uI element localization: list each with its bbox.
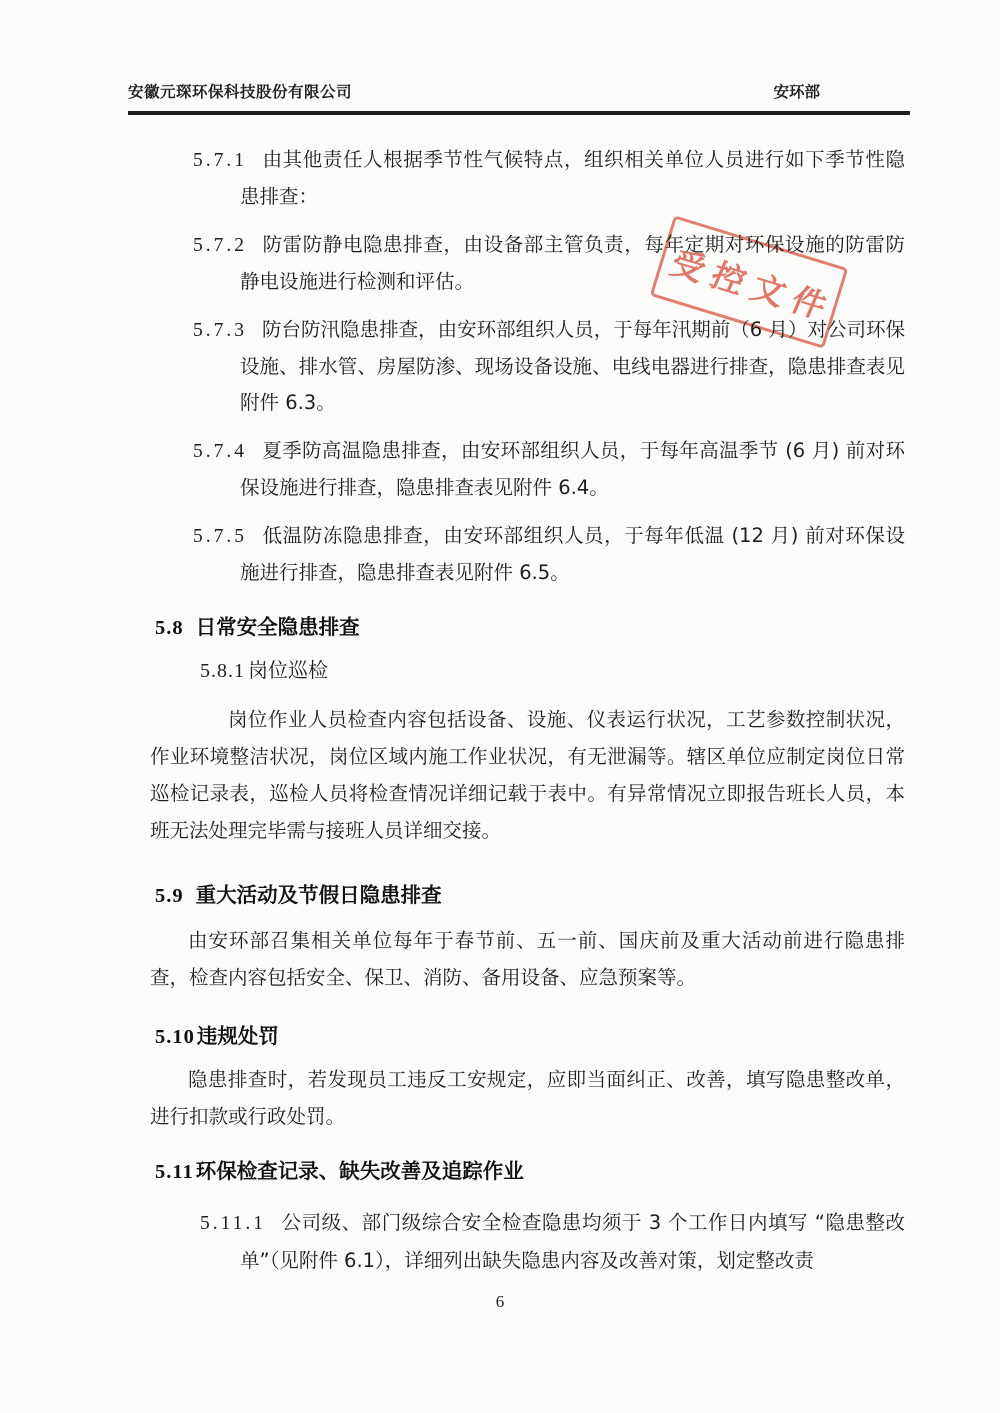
clause-number: 5.7.2 xyxy=(193,235,247,256)
section-heading-5-9: 5.9重大活动及节假日隐患排查 xyxy=(155,881,905,910)
section-number: 5.10 xyxy=(155,1026,195,1048)
page-footer: 6 xyxy=(0,1292,1000,1312)
paragraph-5-9: 由安环部召集相关单位每年于春节前、五一前、国庆前及重大活动前进行隐患排查，检查内… xyxy=(150,922,905,996)
section-heading-5-10: 5.10违规处罚 xyxy=(155,1022,905,1051)
section-title: 环保检查记录、缺失改善及追踪作业 xyxy=(196,1159,524,1183)
section-number: 5.11 xyxy=(155,1161,194,1183)
clause-text: 低温防冻隐患排查，由安环部组织人员，于每年低温 (12 月) 前对环保设施进行排… xyxy=(240,524,905,584)
subsection-title: 岗位巡检 xyxy=(248,658,328,682)
page-number: 6 xyxy=(496,1292,505,1311)
clause-number: 5.11.1 xyxy=(200,1213,266,1234)
paragraph-5-8-1: 岗位作业人员检查内容包括设备、设施、仪表运行状况，工艺参数控制状况，作业环境整洁… xyxy=(150,701,905,849)
clause-number: 5.7.5 xyxy=(193,526,247,547)
section-title: 违规处罚 xyxy=(197,1024,279,1048)
header-company-name: 安徽元琛环保科技股份有限公司 xyxy=(128,80,352,102)
section-heading-5-8: 5.8日常安全隐患排查 xyxy=(155,613,905,642)
clause-number: 5.7.4 xyxy=(193,441,247,462)
clause-text: 公司级、部门级综合安全检查隐患均须于 3 个工作日内填写 “隐患整改单”（见附件… xyxy=(240,1211,905,1272)
clause-5-7-4: 5.7.4夏季防高温隐患排查，由安环部组织人员，于每年高温季节 (6 月) 前对… xyxy=(240,433,905,506)
header-department: 安环部 xyxy=(773,80,820,102)
section-number: 5.9 xyxy=(155,885,184,907)
clause-number: 5.7.1 xyxy=(193,150,247,171)
clause-text: 由其他责任人根据季节性气候特点，组织相关单位人员进行如下季节性隐患排查： xyxy=(240,148,905,208)
clause-number: 5.7.3 xyxy=(193,320,247,341)
clause-5-7-3: 5.7.3防台防汛隐患排查，由安环部组织人员，于每年汛期前（6 月）对公司环保设… xyxy=(240,312,905,421)
clause-5-7-1: 5.7.1由其他责任人根据季节性气候特点，组织相关单位人员进行如下季节性隐患排查… xyxy=(240,142,905,215)
clause-text: 夏季防高温隐患排查，由安环部组织人员，于每年高温季节 (6 月) 前对环保设施进… xyxy=(240,439,905,499)
clause-text: 防雷防静电隐患排查，由设备部主管负责，每年定期对环保设施的防雷防静电设施进行检测… xyxy=(240,233,905,293)
clause-text: 防台防汛隐患排查，由安环部组织人员，于每年汛期前（6 月）对公司环保设施、排水管… xyxy=(240,318,905,414)
subsection-number: 5.8.1 xyxy=(200,660,245,682)
document-page: 安徽元琛环保科技股份有限公司 安环部 受控文件 5.7.1由其他责任人根据季节性… xyxy=(0,0,1000,1413)
section-heading-5-11: 5.11环保检查记录、缺失改善及追踪作业 xyxy=(155,1157,905,1186)
page-header: 安徽元琛环保科技股份有限公司 安环部 xyxy=(128,80,910,115)
section-title: 日常安全隐患排查 xyxy=(196,615,360,639)
section-number: 5.8 xyxy=(155,617,184,639)
subsection-heading-5-8-1: 5.8.1岗位巡检 xyxy=(200,656,905,685)
paragraph-5-10: 隐患排查时，若发现员工违反工安规定，应即当面纠正、改善，填写隐患整改单，进行扣款… xyxy=(150,1061,905,1135)
document-body: 5.7.1由其他责任人根据季节性气候特点，组织相关单位人员进行如下季节性隐患排查… xyxy=(150,142,905,1291)
clause-5-11-1: 5.11.1公司级、部门级综合安全检查隐患均须于 3 个工作日内填写 “隐患整改… xyxy=(240,1204,905,1279)
clause-5-7-5: 5.7.5低温防冻隐患排查，由安环部组织人员，于每年低温 (12 月) 前对环保… xyxy=(240,518,905,591)
clause-5-7-2: 5.7.2防雷防静电隐患排查，由设备部主管负责，每年定期对环保设施的防雷防静电设… xyxy=(240,227,905,300)
section-title: 重大活动及节假日隐患排查 xyxy=(196,883,442,907)
